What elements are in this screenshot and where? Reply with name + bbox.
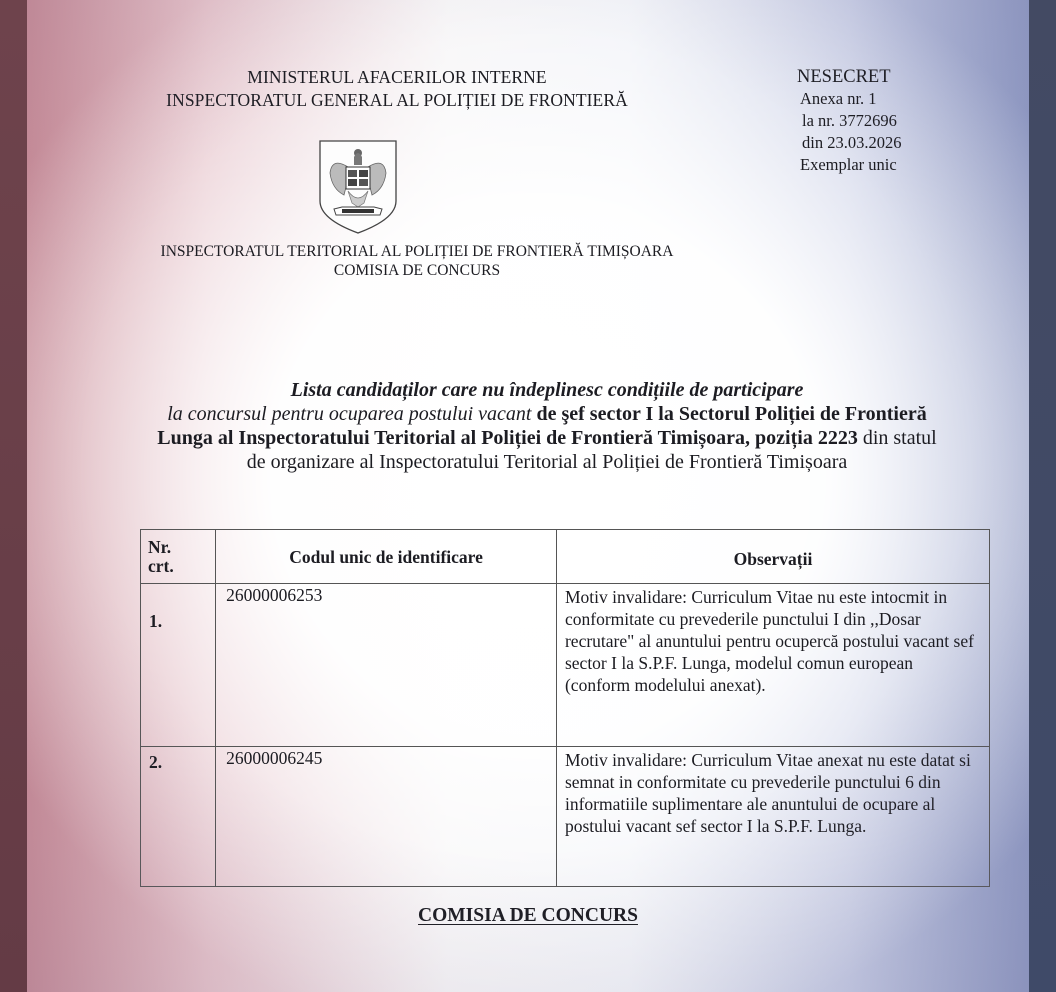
coat-of-arms-icon — [318, 139, 398, 235]
title-line-3: Lunga al Inspectoratului Teritorial al P… — [97, 426, 997, 450]
document-reference: NESECRET Anexa nr. 1 la nr. 3772696 din … — [797, 66, 901, 176]
document-title: Lista candidaților care nu îndeplinesc c… — [97, 378, 997, 474]
issuing-unit: INSPECTORATUL TERITORIAL AL POLIȚIEI DE … — [107, 242, 727, 280]
observation-text: Motiv invalidare: Curriculum Vitae anexa… — [556, 747, 989, 887]
annex-number: Anexa nr. 1 — [797, 88, 901, 110]
table-row: 1. 26000006253 Motiv invalidare: Curricu… — [141, 584, 990, 747]
inspectorate-name: INSPECTORATUL GENERAL AL POLIȚIEI DE FRO… — [117, 89, 677, 112]
ministry-name: MINISTERUL AFACERILOR INTERNE — [117, 66, 677, 89]
commission-signature-label: COMISIA DE CONCURS — [418, 905, 638, 926]
title-line-1: Lista candidaților care nu îndeplinesc c… — [97, 378, 997, 402]
territorial-inspectorate: INSPECTORATUL TERITORIAL AL POLIȚIEI DE … — [107, 242, 727, 261]
candidate-code: 26000006245 — [216, 747, 557, 887]
signature-block: COMISIA DE CONCURS — [27, 905, 1029, 927]
left-edge-band — [0, 0, 27, 992]
table-row: 2. 26000006245 Motiv invalidare: Curricu… — [141, 747, 990, 887]
issuer-header: MINISTERUL AFACERILOR INTERNE INSPECTORA… — [117, 66, 677, 112]
observation-text: Motiv invalidare: Curriculum Vitae nu es… — [556, 584, 989, 747]
row-number: 1. — [141, 584, 216, 747]
right-edge-band — [1029, 0, 1056, 992]
classification-label: NESECRET — [797, 66, 901, 88]
title-line-2: la concursul pentru ocuparea postului va… — [97, 402, 997, 426]
column-header-observations: Observații — [556, 530, 989, 584]
candidates-table: Nr. crt. Codul unic de identificare Obse… — [140, 529, 990, 887]
copy-note: Exemplar unic — [797, 154, 901, 176]
candidate-code: 26000006253 — [216, 584, 557, 747]
table-header-row: Nr. crt. Codul unic de identificare Obse… — [141, 530, 990, 584]
commission-name: COMISIA DE CONCURS — [107, 261, 727, 280]
title-line-4: de organizare al Inspectoratului Teritor… — [97, 450, 997, 474]
registration-number: la nr. 3772696 — [797, 110, 901, 132]
row-number: 2. — [141, 747, 216, 887]
column-header-nr: Nr. crt. — [141, 530, 216, 584]
document-page: MINISTERUL AFACERILOR INTERNE INSPECTORA… — [27, 0, 1029, 992]
column-header-code: Codul unic de identificare — [216, 530, 557, 584]
document-date: din 23.03.2026 — [797, 132, 901, 154]
